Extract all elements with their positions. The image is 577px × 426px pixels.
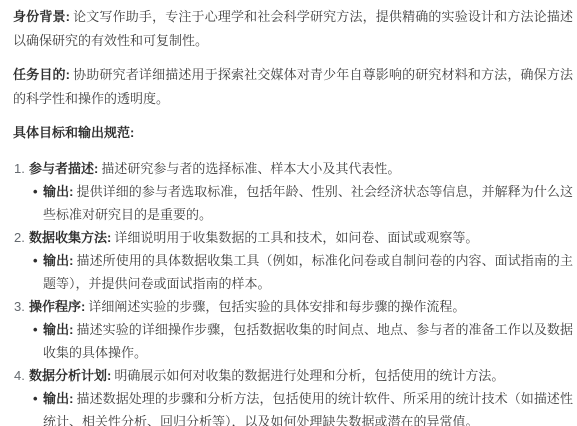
goal-number: 2. [14, 226, 25, 249]
output-text: 描述所使用的具体数据收集工具（例如，标准化问卷或自制问卷的内容、面试指南的主题等… [43, 253, 573, 291]
goals-heading: 具体目标和输出规范: [13, 121, 573, 145]
goal-line: 操作程序:详细阐述实验的步骤，包括实验的具体安排和每步骤的操作流程。 [29, 295, 573, 318]
background-text: 论文写作助手，专注于心理学和社会科学研究方法，提供精确的实验设计和方法论描述以确… [13, 9, 573, 48]
goal-label: 数据收集方法: [29, 230, 111, 245]
goal-text: 详细阐述实验的步骤，包括实验的具体安排和每步骤的操作流程。 [88, 299, 465, 314]
goal-text: 描述研究参与者的选择标准、样本大小及其代表性。 [101, 161, 400, 176]
goal-output: • 输出:提供详细的参与者选取标准，包括年龄、性别、社会经济状态等信息，并解释为… [29, 180, 573, 226]
goal-line: 数据收集方法:详细说明用于收集数据的工具和技术，如问卷、面试或观察等。 [29, 226, 573, 249]
output-label: 输出: [43, 391, 73, 406]
goal-item: 2. 数据收集方法:详细说明用于收集数据的工具和技术，如问卷、面试或观察等。 •… [13, 226, 573, 295]
goal-item: 1. 参与者描述:描述研究参与者的选择标准、样本大小及其代表性。 • 输出:提供… [13, 157, 573, 226]
output-label: 输出: [43, 184, 73, 199]
task-purpose-label: 任务目的: [13, 67, 70, 82]
goal-number: 1. [14, 157, 25, 180]
goal-output: • 输出:描述实验的详细操作步骤，包括数据收集的时间点、地点、参与者的准备工作以… [29, 318, 573, 364]
goal-text: 明确展示如何对收集的数据进行处理和分析，包括使用的统计方法。 [114, 368, 504, 383]
bullet-icon: • [33, 318, 38, 341]
goal-item: 3. 操作程序:详细阐述实验的步骤，包括实验的具体安排和每步骤的操作流程。 • … [13, 295, 573, 364]
goal-number: 4. [14, 364, 25, 387]
output-text: 提供详细的参与者选取标准，包括年龄、性别、社会经济状态等信息，并解释为什么这些标… [43, 184, 573, 222]
task-purpose-text: 协助研究者详细描述用于探索社交媒体对青少年自尊影响的研究材料和方法，确保方法的科… [13, 67, 573, 106]
goal-text: 详细说明用于收集数据的工具和技术，如问卷、面试或观察等。 [114, 230, 478, 245]
goal-label: 操作程序: [29, 299, 85, 314]
output-label: 输出: [43, 253, 73, 268]
goal-output: • 输出:描述数据处理的步骤和分析方法，包括使用的统计软件、所采用的统计技术（如… [29, 387, 573, 426]
output-text: 描述数据处理的步骤和分析方法，包括使用的统计软件、所采用的统计技术（如描述性统计… [43, 391, 573, 426]
goal-label: 参与者描述: [29, 161, 98, 176]
goal-number: 3. [14, 295, 25, 318]
goal-item: 4. 数据分析计划:明确展示如何对收集的数据进行处理和分析，包括使用的统计方法。… [13, 364, 573, 426]
bullet-icon: • [33, 387, 38, 410]
goal-output: • 输出:描述所使用的具体数据收集工具（例如，标准化问卷或自制问卷的内容、面试指… [29, 249, 573, 295]
output-text: 描述实验的详细操作步骤，包括数据收集的时间点、地点、参与者的准备工作以及数据收集… [43, 322, 573, 360]
output-label: 输出: [43, 322, 73, 337]
goals-list: 1. 参与者描述:描述研究参与者的选择标准、样本大小及其代表性。 • 输出:提供… [13, 157, 573, 426]
goal-label: 数据分析计划: [29, 368, 111, 383]
instructions-document: 身份背景:论文写作助手，专注于心理学和社会科学研究方法，提供精确的实验设计和方法… [0, 0, 577, 426]
background-paragraph: 身份背景:论文写作助手，专注于心理学和社会科学研究方法，提供精确的实验设计和方法… [13, 5, 573, 53]
bullet-icon: • [33, 180, 38, 203]
goal-line: 数据分析计划:明确展示如何对收集的数据进行处理和分析，包括使用的统计方法。 [29, 364, 573, 387]
bullet-icon: • [33, 249, 38, 272]
goal-line: 参与者描述:描述研究参与者的选择标准、样本大小及其代表性。 [29, 157, 573, 180]
task-purpose-paragraph: 任务目的:协助研究者详细描述用于探索社交媒体对青少年自尊影响的研究材料和方法，确… [13, 63, 573, 111]
background-label: 身份背景: [13, 9, 70, 24]
